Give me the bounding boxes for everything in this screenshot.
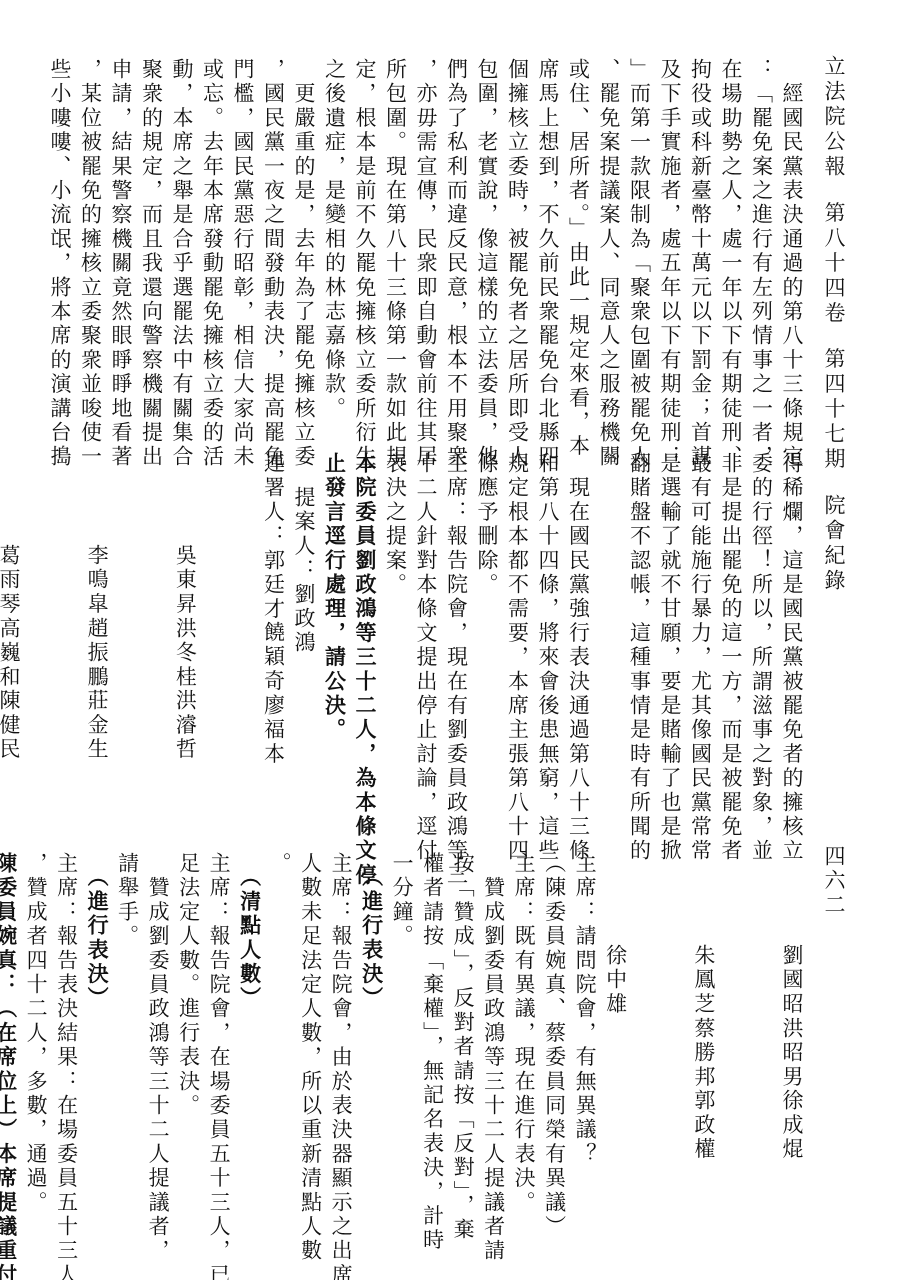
text-column: 更嚴重的是，去年為了罷免擁核立委	[289, 58, 320, 438]
text-column: 最有可能施行暴力，尤其像國民黨常常	[685, 452, 716, 832]
text-column: 定，根本是前不久罷免擁核立委所衍生	[350, 58, 381, 438]
text-column: 申請，結果警察機關竟然眼睜睜地看著	[106, 58, 137, 438]
text-column: 委的行徑！所以，所謂滋事之對象，並	[746, 452, 777, 832]
cosigner-name: 郭廷才	[200, 549, 288, 622]
text-column: 現在國民黨強行表決通過第八十三條	[563, 452, 594, 832]
cosigner-name: 饒穎奇	[200, 621, 288, 694]
bottom-section-text: 劉國昭洪昭男徐成焜 朱鳳芝蔡勝邦郭政權 徐中雄 主席：請問院會，有無異議？ （陳…	[0, 852, 807, 1232]
text-column: ，某位被罷免的擁核立委聚衆並唆使一	[75, 58, 106, 438]
cosigner-name: 陳健民	[0, 690, 21, 763]
cosigner-label: 連署人：	[262, 452, 286, 549]
text-column: 。	[594, 452, 625, 832]
text-column: （陳委員婉真、蔡委員同榮有異議）	[539, 852, 570, 1232]
stage-direction: （進行表決）	[82, 852, 113, 1232]
speaker-column: 主席：報告院會，現在有劉委員政鴻等三	[441, 452, 472, 832]
cosigner-name: 洪冬桂	[112, 617, 200, 690]
running-header: 立法院公報 第八十四卷 第四十七期 院會紀錄	[819, 55, 850, 594]
motion-title: 本院委員劉政鴻等三十二人，為本條文停	[350, 452, 381, 832]
text-column: 經國民黨表決通過的第八十三條規定	[777, 58, 808, 438]
cosigner-name: 徐中雄	[604, 944, 628, 1017]
text-column: 及下手實施者，處五年以下有期徒刑：	[655, 58, 686, 438]
cosigner-name: 葛雨琴	[0, 544, 24, 617]
top-section-text: 經國民黨表決通過的第八十三條規定 ：「罷免案之進行有左列情事之一者， 在場助勢之…	[45, 58, 808, 438]
text-column: 包圍，老實說，像這樣的立法委員，他	[472, 58, 503, 438]
speaker-column: 主席：既有異議，現在進行表決。	[509, 852, 540, 1232]
speaker-column: 主席：報告院會，由於表決器顯示之出席	[326, 852, 357, 1232]
cosigner-name: 朱鳳芝	[631, 944, 719, 1017]
cosigner-name: 蔡勝邦	[631, 1017, 719, 1090]
text-column: 個擁核立委時，被罷免者之居所即受人	[502, 58, 533, 438]
proposer-line: 提案人：劉政鴻	[289, 452, 320, 832]
cosigner-line: 李鳴皐趙振鵬莊金生	[24, 452, 112, 832]
cosigner-line: 葛雨琴高巍和陳健民	[0, 452, 24, 832]
cosigner-line: 吳東昇洪冬桂洪濬哲	[112, 452, 200, 832]
issue-number: 第四十七期	[822, 348, 846, 473]
text-column: 席馬上想到，不久前民衆罷免台北縣四	[533, 58, 564, 438]
volume-number: 第八十四卷	[822, 201, 846, 326]
middle-section-text: 得稀爛，這是國民黨被罷免者的擁核立 委的行徑！所以，所謂滋事之對象，並 非是提出…	[0, 452, 807, 832]
text-column: 所包圍。現在第八十三條第一款如此規	[380, 58, 411, 438]
text-column: 或忘。去年本席發動罷免擁核立委的活	[197, 58, 228, 438]
text-column: 或住、居所者。」由此一規定來看，本	[563, 58, 594, 438]
stage-direction: （清點人數）	[234, 852, 265, 1232]
speaker-column: 主席：報告表決結果：在場委員五十三人	[51, 852, 82, 1232]
cosigner-name: 郭政權	[692, 1090, 716, 1163]
text-column: 在場助勢之人，處一年以下有期徒刑、	[716, 58, 747, 438]
text-column: 非是提出罷免的這一方，而是被罷免者	[716, 452, 747, 832]
text-column: 拘役或科新臺幣十萬元以下罰金；首謀	[685, 58, 716, 438]
cosigner-name: 廖福本	[262, 694, 286, 767]
text-column: 門檻，國民黨惡行昭彰，相信大家尚未	[228, 58, 259, 438]
cosigner-name: 洪昭男	[719, 1017, 807, 1090]
speaker-column: 主席：請問院會，有無異議？	[570, 852, 601, 1232]
cosigner-line: 朱鳳芝蔡勝邦郭政權	[631, 852, 719, 1232]
text-column: 條應予刪除。	[472, 452, 503, 832]
text-column: 之後遺症，是變相的林志嘉條款。	[319, 58, 350, 438]
text-column: 、罷免案提議案人、同意人之服務機關	[594, 58, 625, 438]
cosigner-name: 劉國昭	[719, 944, 807, 1017]
text-column: 贊成劉委員政鴻等三十二人提議者，	[143, 852, 174, 1232]
text-column: 權者請按「棄權」，無記名表決，計時	[417, 852, 448, 1232]
text-column: 十二人針對本條文提出停止討論，逕付	[411, 452, 442, 832]
text-column: 是選輸了就不甘願，要是賭輸了也是掀	[655, 452, 686, 832]
text-column: 表決之提案。	[380, 452, 411, 832]
cosigner-line: 徐中雄	[600, 852, 631, 1232]
text-column: 和第八十四條，將來會後患無窮，這些	[533, 452, 564, 832]
cosigner-name: 洪濬哲	[173, 690, 197, 763]
text-column: 人數未足法定人數，所以重新清點人數	[295, 852, 326, 1232]
cosigner-name: 莊金生	[85, 690, 109, 763]
cosigner-name: 李鳴皐	[24, 544, 112, 617]
text-column: ：「罷免案之進行有左列情事之一者，	[746, 58, 777, 438]
cosigner-line: 劉國昭洪昭男徐成焜	[719, 852, 807, 1232]
journal-title: 立法院公報	[822, 55, 846, 180]
stage-direction: （進行表決）	[356, 852, 387, 1232]
text-column: 動，本席之舉是合乎選罷法中有關集合	[167, 58, 198, 438]
text-column: 規定根本都不需要，本席主張第八十四	[502, 452, 533, 832]
text-column: 贊成劉委員政鴻等三十二人提議者請	[478, 852, 509, 1232]
page-number: 四六二	[819, 845, 850, 918]
proposer-name: 劉政鴻	[292, 582, 316, 655]
section-title: 院會紀錄	[822, 494, 846, 594]
text-column: 」而第一款限制為「聚衆包圍被罷免人	[624, 58, 655, 438]
text-column: 按「贊成」，反對者請按「反對」，棄	[448, 852, 479, 1232]
text-column: 得稀爛，這是國民黨被罷免者的擁核立	[777, 452, 808, 832]
speaker-column: 主席：報告院會，在場委員五十三人，已	[204, 852, 235, 1232]
motion-title: 止發言逕行處理，請公決。	[319, 452, 350, 832]
cosigner-name: 徐成焜	[780, 1090, 804, 1163]
speaker-column: 陳委員婉真：（在席位上）本席提議重付	[0, 852, 21, 1232]
text-column: 些小嘍嘍、小流氓，將本席的演講台搗	[45, 58, 76, 438]
cosigner-line: 連署人：郭廷才饒穎奇廖福本	[200, 452, 288, 832]
text-column: ，贊成者四十二人，多數，通過。	[21, 852, 52, 1232]
text-column: 聚衆的規定，而且我還向警察機關提出	[136, 58, 167, 438]
text-column: 請舉手。	[112, 852, 143, 1232]
text-column: 。	[265, 852, 296, 1232]
cosigner-name: 高巍和	[0, 617, 24, 690]
text-column: 足法定人數。進行表決。	[173, 852, 204, 1232]
text-column: 一分鐘。	[387, 852, 418, 1232]
cosigner-name: 吳東昇	[112, 544, 200, 617]
proposer-label: 提案人：	[292, 486, 316, 583]
text-column: ，亦毋需宣傳，民衆即自動會前往其居	[411, 58, 442, 438]
text-column: ，國民黨一夜之間發動表決，提高罷免	[258, 58, 289, 438]
text-column: 們為了私利而違反民意，根本不用聚衆	[441, 58, 472, 438]
cosigner-name: 趙振鵬	[24, 617, 112, 690]
text-column: 翻賭盤不認帳，這種事情是時有所聞的	[624, 452, 655, 832]
